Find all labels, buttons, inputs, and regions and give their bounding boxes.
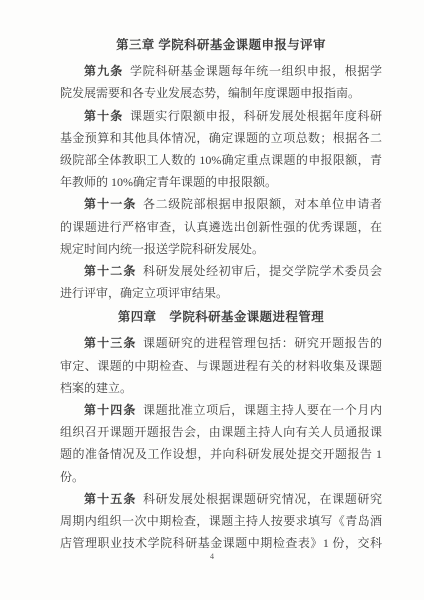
page-number: 4 bbox=[0, 551, 424, 563]
text-line: 题的准备情况及工作设想，并向科研发展处提交开题报告 1 bbox=[60, 443, 382, 465]
article-text: 科研发展处根据课题研究情况，在课题研究 bbox=[143, 492, 382, 506]
article-paragraph: 第十五条科研发展处根据课题研究情况，在课题研究周期内组织一次中期检查，课题主持人… bbox=[60, 488, 382, 555]
article-paragraph: 第十条课题实行限额申报，科研发展处根据年度科研基金预算和其他具体情况，确定课题的… bbox=[60, 105, 382, 194]
text-line: 第十四条课题批准立项后，课题主持人要在一个月内 bbox=[60, 399, 382, 421]
article-paragraph: 第十四条课题批准立项后，课题主持人要在一个月内组织召开课题开题报告会，由课题主持… bbox=[60, 399, 382, 488]
chapter-heading: 第四章 学院科研基金课题进程管理 bbox=[60, 306, 382, 328]
article-number: 第十五条 bbox=[84, 492, 136, 506]
document-page: 第三章 学院科研基金课题申报与评审第九条学院科研基金课题每年统一组织申报，根据学… bbox=[0, 0, 424, 600]
text-line: 第十五条科研发展处根据课题研究情况，在课题研究 bbox=[60, 488, 382, 510]
article-text: 各二级院部根据申报限额，对本单位申请者 bbox=[143, 197, 382, 211]
text-line: 周期内组织一次中期检查，课题主持人按要求填写《青岛酒 bbox=[60, 510, 382, 532]
article-paragraph: 第十三条课题研究的进程管理包括：研究开题报告的审定、课题的中期检查、与课题进程有… bbox=[60, 332, 382, 399]
text-line: 级院部全体教职工人数的 10%确定重点课题的申报限额，青 bbox=[60, 149, 382, 171]
text-line: 审定、课题的中期检查、与课题进程有关的材料收集及课题 bbox=[60, 355, 382, 377]
text-line: 份。 bbox=[60, 466, 382, 488]
article-paragraph: 第十一条各二级院部根据申报限额，对本单位申请者的课题进行严格审查，认真遴选出创新… bbox=[60, 193, 382, 260]
text-line: 院发展需要和各专业发展态势，编制年度课题申报指南。 bbox=[60, 82, 382, 104]
article-number: 第十一条 bbox=[84, 197, 136, 211]
article-text: 课题批准立项后，课题主持人要在一个月内 bbox=[143, 403, 382, 417]
article-paragraph: 第九条学院科研基金课题每年统一组织申报，根据学院发展需要和各专业发展态势，编制年… bbox=[60, 60, 382, 104]
document-content: 第三章 学院科研基金课题申报与评审第九条学院科研基金课题每年统一组织申报，根据学… bbox=[60, 34, 382, 554]
text-line: 第十一条各二级院部根据申报限额，对本单位申请者 bbox=[60, 193, 382, 215]
text-line: 第十三条课题研究的进程管理包括：研究开题报告的 bbox=[60, 332, 382, 354]
text-line: 第十条课题实行限额申报，科研发展处根据年度科研 bbox=[60, 105, 382, 127]
article-paragraph: 第十二条科研发展处经初审后，提交学院学术委员会进行评审，确定立项评审结果。 bbox=[60, 260, 382, 304]
article-number: 第九条 bbox=[84, 64, 123, 78]
article-text: 课题研究的进程管理包括：研究开题报告的 bbox=[143, 336, 382, 350]
text-line: 组织召开课题开题报告会，由课题主持人向有关人员通报课 bbox=[60, 421, 382, 443]
text-line: 基金预算和其他具体情况，确定课题的立项总数；根据各二 bbox=[60, 127, 382, 149]
text-line: 规定时间内统一报送学院科研发展处。 bbox=[60, 238, 382, 260]
article-text: 学院科研基金课题每年统一组织申报，根据学 bbox=[130, 64, 382, 78]
article-number: 第十三条 bbox=[84, 336, 136, 350]
text-line: 第十二条科研发展处经初审后，提交学院学术委员会 bbox=[60, 260, 382, 282]
article-number: 第十条 bbox=[84, 109, 123, 123]
text-line: 档案的建立。 bbox=[60, 377, 382, 399]
text-line: 进行评审，确定立项评审结果。 bbox=[60, 282, 382, 304]
text-line: 的课题进行严格审查，认真遴选出创新性强的优秀课题，在 bbox=[60, 216, 382, 238]
article-text: 课题实行限额申报，科研发展处根据年度科研 bbox=[130, 109, 382, 123]
article-text: 科研发展处经初审后，提交学院学术委员会 bbox=[143, 264, 382, 278]
article-number: 第十二条 bbox=[84, 264, 136, 278]
text-line: 年教师的 10%确定青年课题的申报限额。 bbox=[60, 171, 382, 193]
text-line: 第九条学院科研基金课题每年统一组织申报，根据学 bbox=[60, 60, 382, 82]
article-number: 第十四条 bbox=[84, 403, 136, 417]
chapter-heading: 第三章 学院科研基金课题申报与评审 bbox=[60, 34, 382, 56]
